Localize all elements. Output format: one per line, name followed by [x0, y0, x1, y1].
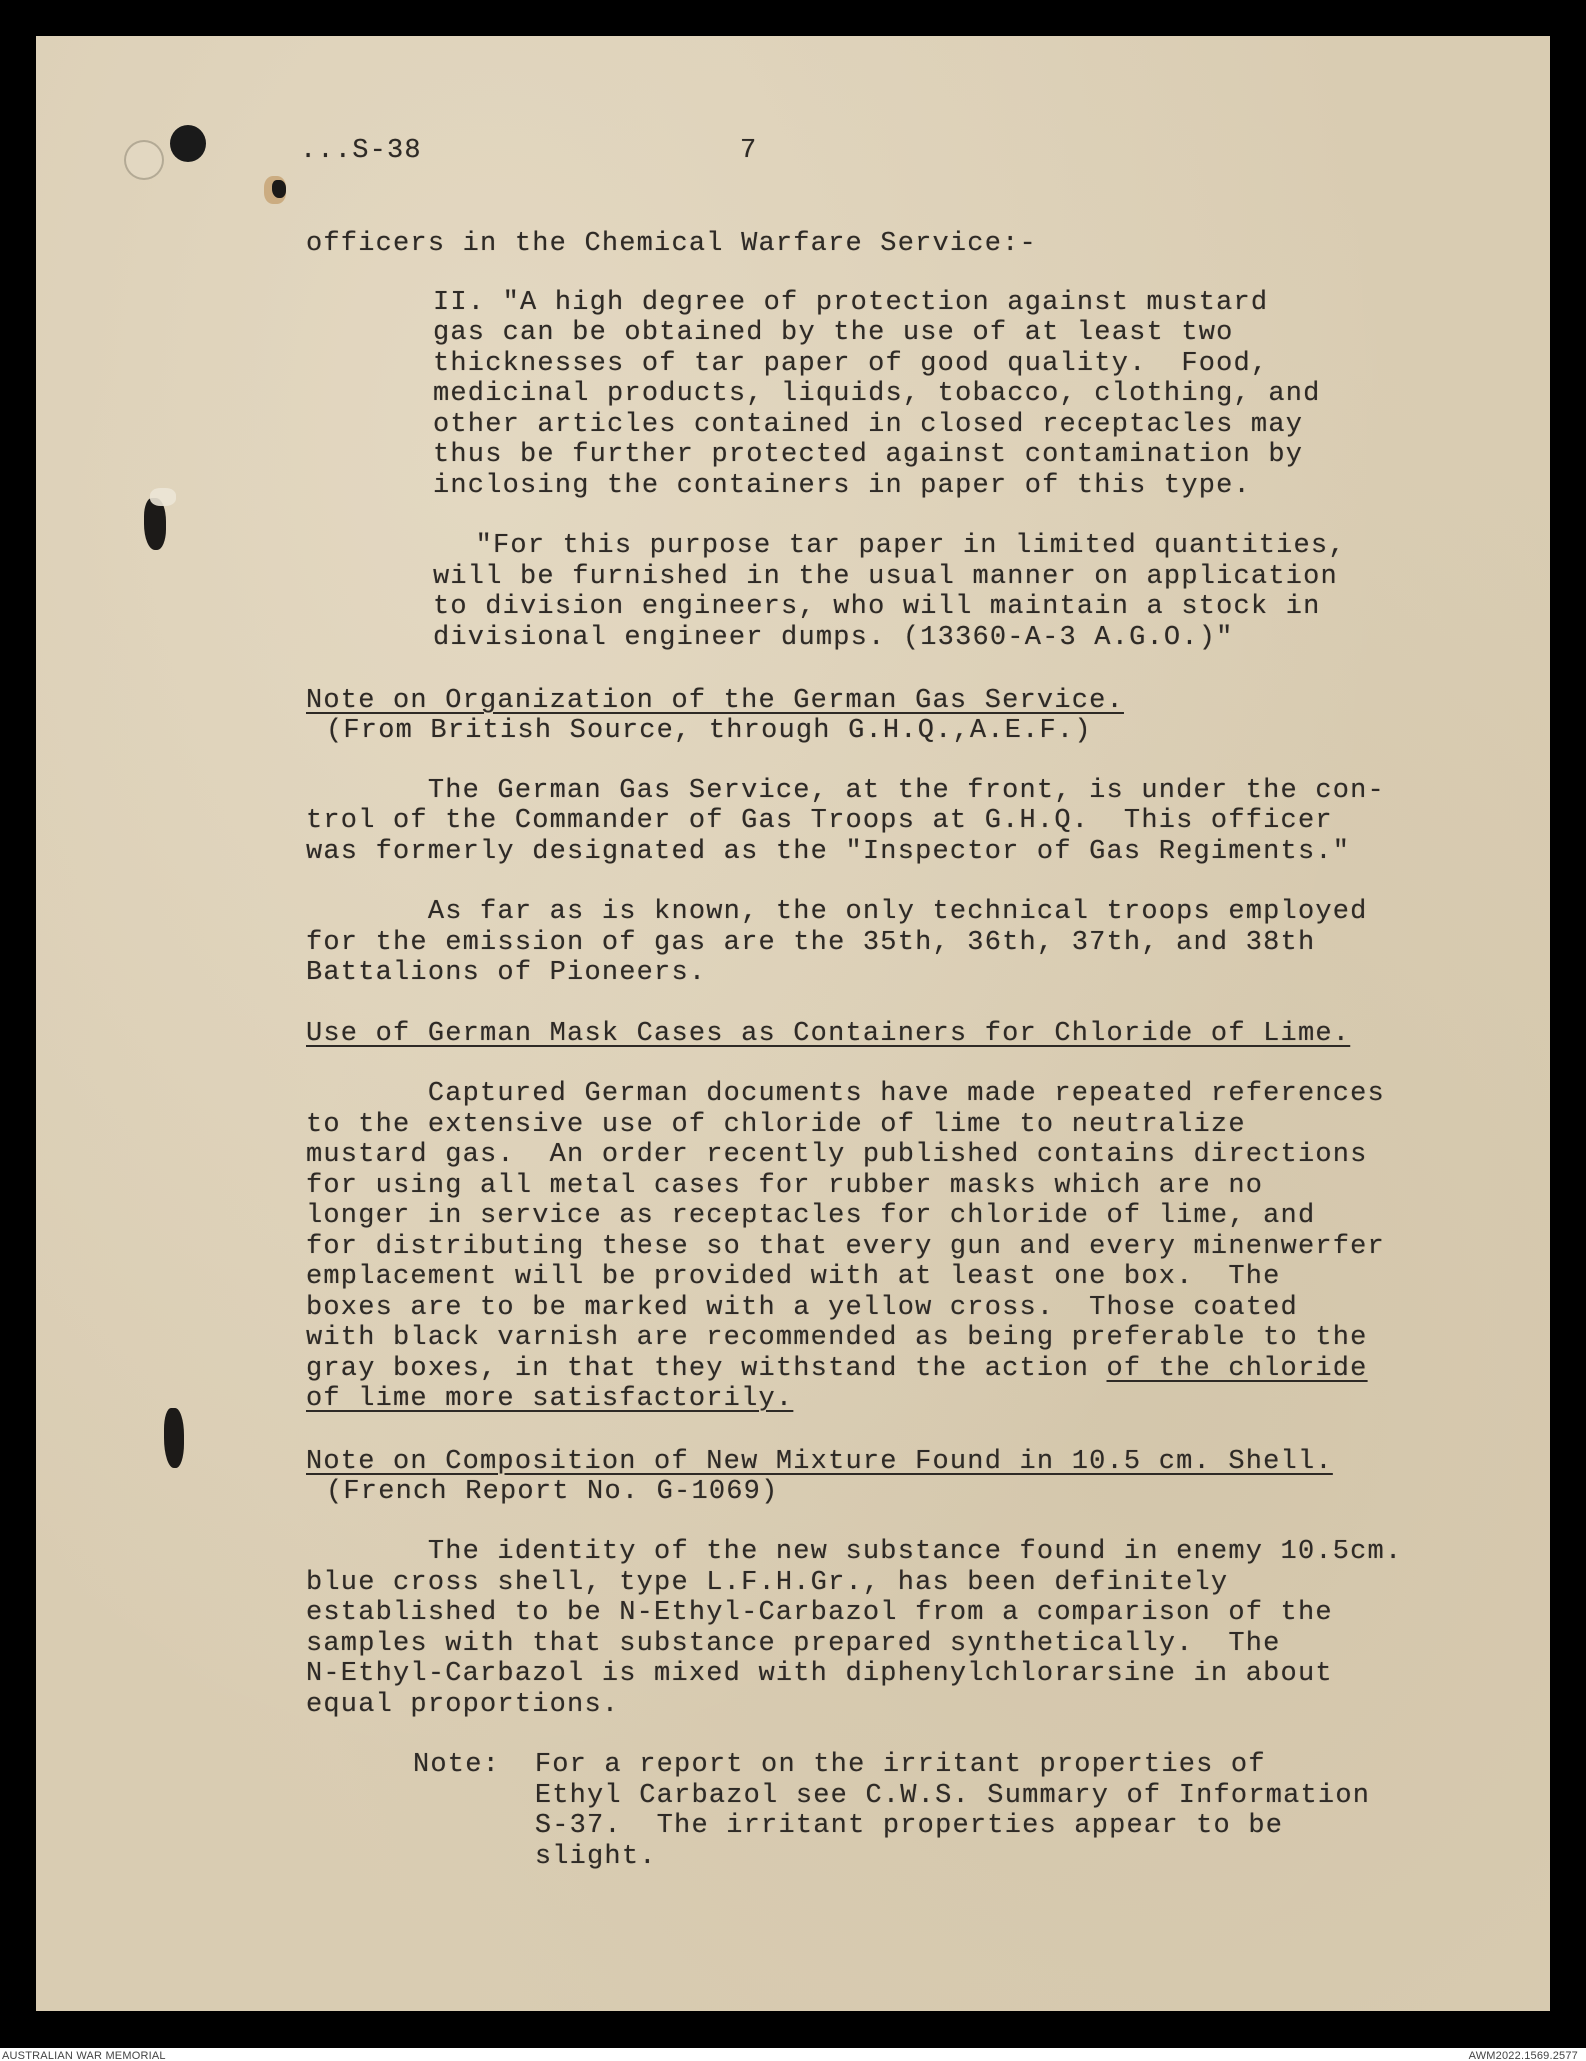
text-line: thus be further protected against contam…	[433, 440, 1303, 471]
text-line: to the extensive use of chloride of lime…	[306, 1110, 1246, 1141]
text-line: The identity of the new substance found …	[306, 1537, 1402, 1568]
text-line: "For this purpose tar paper in limited q…	[406, 531, 1346, 562]
intro-line: officers in the Chemical Warfare Service…	[306, 229, 1037, 260]
text-line: blue cross shell, type L.F.H.Gr., has be…	[306, 1568, 1228, 1599]
text-line: emplacement will be provided with at lea…	[306, 1262, 1281, 1293]
text-line: mustard gas. An order recently published…	[306, 1140, 1368, 1171]
catalogue-id: AWM2022.1569.2577	[1469, 2050, 1578, 2061]
text-line: with black varnish are recommended as be…	[306, 1323, 1368, 1354]
tear-hole	[164, 1408, 184, 1468]
text-line: will be furnished in the usual manner on…	[433, 562, 1338, 593]
text-line: Battalions of Pioneers.	[306, 958, 706, 989]
page-number: 7	[740, 136, 757, 167]
underlined-text: of lime more satisfactorily.	[306, 1384, 793, 1415]
text-segment: gray boxes, in that they withstand the a…	[306, 1354, 1107, 1384]
note-line: slight.	[413, 1842, 657, 1873]
series-label: ...S-38	[300, 136, 422, 167]
section-heading: Use of German Mask Cases as Containers f…	[306, 1019, 1350, 1050]
text-line: for distributing these so that every gun…	[306, 1232, 1385, 1263]
section-heading: Note on Organization of the German Gas S…	[306, 686, 1124, 717]
underlined-text: of the chloride	[1107, 1354, 1368, 1384]
text-line: N-Ethyl-Carbazol is mixed with diphenylc…	[306, 1659, 1333, 1690]
tear-hole	[272, 180, 286, 198]
text-line: thicknesses of tar paper of good quality…	[433, 349, 1268, 380]
text-line: to division engineers, who will maintain…	[433, 592, 1321, 623]
text-line: medicinal products, liquids, tobacco, cl…	[433, 379, 1321, 410]
section-source: (French Report No. G-1069)	[326, 1477, 778, 1508]
tear-mark	[150, 488, 176, 506]
text-line: was formerly designated as the "Inspecto…	[306, 837, 1350, 868]
text-line: for the emission of gas are the 35th, 36…	[306, 928, 1315, 959]
note-line: Note: For a report on the irritant prope…	[413, 1750, 1266, 1781]
text-line: trol of the Commander of Gas Troops at G…	[306, 806, 1333, 837]
text-line: inclosing the containers in paper of thi…	[433, 471, 1251, 502]
text-line: for using all metal cases for rubber mas…	[306, 1171, 1263, 1202]
section-source: (From British Source, through G.H.Q.,A.E…	[326, 716, 1092, 747]
text-line: boxes are to be marked with a yellow cro…	[306, 1293, 1298, 1324]
punch-hole	[170, 125, 206, 162]
archive-credit: AUSTRALIAN WAR MEMORIAL	[2, 2050, 166, 2061]
text-line: As far as is known, the only technical t…	[306, 897, 1368, 928]
text-line: The German Gas Service, at the front, is…	[306, 776, 1385, 807]
text-line: longer in service as receptacles for chl…	[306, 1201, 1315, 1232]
text-line: gray boxes, in that they withstand the a…	[306, 1354, 1368, 1385]
text-line: established to be N-Ethyl-Carbazol from …	[306, 1598, 1333, 1629]
hole-mark	[124, 140, 164, 180]
text-line: gas can be obtained by the use of at lea…	[433, 318, 1234, 349]
note-line: Ethyl Carbazol see C.W.S. Summary of Inf…	[413, 1781, 1370, 1812]
text-line: Captured German documents have made repe…	[306, 1079, 1385, 1110]
section-heading: Note on Composition of New Mixture Found…	[306, 1447, 1333, 1478]
text-line: equal proportions.	[306, 1690, 619, 1721]
text-line: II. "A high degree of protection against…	[433, 288, 1268, 319]
text-line: divisional engineer dumps. (13360-A-3 A.…	[433, 623, 1234, 654]
note-line: S-37. The irritant properties appear to …	[413, 1811, 1283, 1842]
text-line: samples with that substance prepared syn…	[306, 1629, 1281, 1660]
text-line: other articles contained in closed recep…	[433, 410, 1303, 441]
